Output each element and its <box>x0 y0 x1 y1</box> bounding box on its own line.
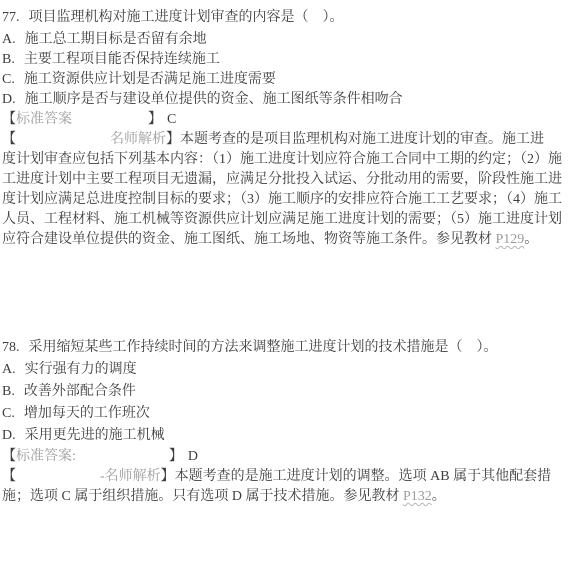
exam-page: { "colors": { "text": "#3d3d3d", "muted_… <box>0 0 570 564</box>
option-letter: A. <box>2 32 16 47</box>
analysis-text: 施；选项 C 属于组织措施。只有选项 D 属于技术措施。参见教材 <box>2 489 403 504</box>
bracket-close: 】 <box>169 449 183 464</box>
question-block-78: 78.采用缩短某些工作持续时间的方法来调整施工进度计划的技术措施是（ ）。 A.… <box>2 337 568 507</box>
analysis-text-line: 度计划审查应包括下列基本内容：（1）施工进度计划应符合施工合同中工期的约定；（2… <box>2 150 568 170</box>
analysis-text-line: 人员、工程材料、施工机械等资源供应计划应满足施工进度计划的需要；（5）施工进度计… <box>2 210 568 230</box>
bracket-close: 】 <box>166 132 180 147</box>
question-number: 78. <box>2 340 20 355</box>
bracket-open: 【 <box>2 132 16 147</box>
bracket-open: 【 <box>2 469 16 484</box>
question-number: 77. <box>2 10 20 25</box>
bracket-close: 】 <box>148 112 162 127</box>
textbook-page-ref: P132 <box>403 489 432 504</box>
option-text: 改善外部配合条件 <box>24 384 136 399</box>
analysis-text: 本题考查的是施工进度计划的调整。选项 AB 属于其他配套措 <box>175 469 551 484</box>
question-text: 项目监理机构对施工进度计划审查的内容是（ ）。 <box>29 10 344 25</box>
option-row-d: D.采用更先进的施工机械 <box>2 425 568 447</box>
answer-label: 标准答案: <box>16 449 76 464</box>
option-text: 主要工程项目能否保持连续施工 <box>24 52 220 67</box>
option-letter: B. <box>2 384 15 399</box>
analysis-tail-line: 施；选项 C 属于组织措施。只有选项 D 属于技术措施。参见教材 P132。 <box>2 487 568 507</box>
analysis-text: 应符合建设单位提供的资金、施工图纸、施工场地、物资等施工条件。参见教材 <box>2 232 496 247</box>
option-row-b: B.改善外部配合条件 <box>2 381 568 403</box>
standard-answer-line: 【标准答案】C <box>2 110 568 130</box>
option-letter: D. <box>2 92 16 107</box>
tail-period: 。 <box>432 489 446 504</box>
option-letter: C. <box>2 72 15 87</box>
option-text: 采用更先进的施工机械 <box>25 428 165 443</box>
analysis-text-line: 工进度计划中主要工程项目无遗漏，应满足分批投入试运、分批动用的需要，阶段性施工进 <box>2 170 568 190</box>
option-text: 施工资源供应计划是否满足施工进度需要 <box>24 72 276 87</box>
bracket-close: 】 <box>161 469 175 484</box>
analysis-text-line: 度计划应满足总进度控制目标的要求；（3）施工顺序的安排应符合施工工艺要求；（4）… <box>2 190 568 210</box>
textbook-page-ref: P129 <box>496 232 525 247</box>
option-text: 施工顺序是否与建设单位提供的资金、施工图纸等条件相吻合 <box>25 92 403 107</box>
option-row-d: D.施工顺序是否与建设单位提供的资金、施工图纸等条件相吻合 <box>2 90 568 110</box>
option-letter: B. <box>2 52 15 67</box>
question-stem: 77.项目监理机构对施工进度计划审查的内容是（ ）。 <box>2 8 568 28</box>
answer-gap <box>72 122 148 123</box>
analysis-gap <box>16 479 100 480</box>
option-row-a: A.施工总工期目标是否留有余地 <box>2 30 568 50</box>
bracket-open: 【 <box>2 112 16 127</box>
answer-value: C <box>167 112 176 127</box>
option-text: 施工总工期目标是否留有余地 <box>25 32 207 47</box>
analysis-header-line: 【名师解析】本题考查的是项目监理机构对施工进度计划的审查。施工进 <box>2 130 568 150</box>
answer-gap <box>76 459 169 460</box>
analysis-label: 名师解析 <box>110 132 166 147</box>
option-letter: C. <box>2 406 15 421</box>
answer-label: 标准答案 <box>16 112 72 127</box>
analysis-tail-line: 应符合建设单位提供的资金、施工图纸、施工场地、物资等施工条件。参见教材 P129… <box>2 230 568 250</box>
question-text: 采用缩短某些工作持续时间的方法来调整施工进度计划的技术措施是（ ）。 <box>29 340 498 355</box>
bracket-open: 【 <box>2 449 16 464</box>
option-row-c: C.施工资源供应计划是否满足施工进度需要 <box>2 70 568 90</box>
analysis-label: -名师解析 <box>100 469 161 484</box>
option-text: 实行强有力的调度 <box>25 362 137 377</box>
standard-answer-line: 【标准答案:】D <box>2 447 568 467</box>
analysis-header-line: 【-名师解析】本题考查的是施工进度计划的调整。选项 AB 属于其他配套措 <box>2 467 568 487</box>
option-row-b: B.主要工程项目能否保持连续施工 <box>2 50 568 70</box>
question-block-77: 77.项目监理机构对施工进度计划审查的内容是（ ）。 A.施工总工期目标是否留有… <box>2 8 568 250</box>
option-row-a: A.实行强有力的调度 <box>2 359 568 381</box>
analysis-gap <box>16 142 110 143</box>
exam-document: 77.项目监理机构对施工进度计划审查的内容是（ ）。 A.施工总工期目标是否留有… <box>0 0 570 507</box>
question-stem: 78.采用缩短某些工作持续时间的方法来调整施工进度计划的技术措施是（ ）。 <box>2 337 568 359</box>
tail-period: 。 <box>524 232 538 247</box>
option-letter: A. <box>2 362 16 377</box>
option-text: 增加每天的工作班次 <box>24 406 150 421</box>
analysis-text: 本题考查的是项目监理机构对施工进度计划的审查。施工进 <box>180 132 544 147</box>
option-letter: D. <box>2 428 16 443</box>
option-row-c: C.增加每天的工作班次 <box>2 403 568 425</box>
answer-value: D <box>188 449 198 464</box>
